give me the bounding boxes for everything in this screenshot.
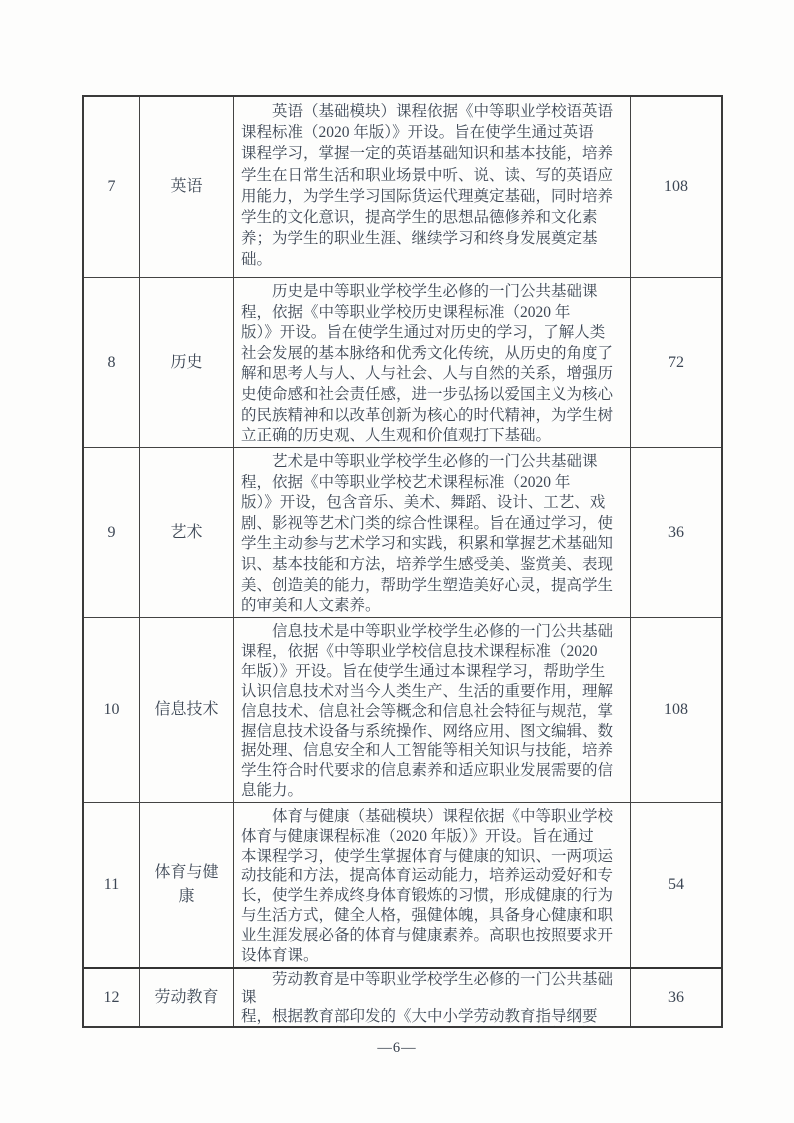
course-description-cell: 劳动教育是中等职业学校学生必修的一门公共基础课 程，根据教育部印发的《大中小学劳… <box>234 969 631 1026</box>
row-number-cell: 7 <box>84 97 140 277</box>
course-description-cell: 体育与健康（基础模块）课程依据《中等职业学校 体育与健康课程标准（2020 年版… <box>234 803 631 967</box>
table-row: 8 历史 历史是中等职业学校学生必修的一门公共基础课 程，依据《中等职业学校历史… <box>84 278 721 448</box>
course-table: 7 英语 英语（基础模块）课程依据《中等职业学校语英语 课程标准（2020 年版… <box>82 95 723 1028</box>
row-number-cell: 10 <box>84 618 140 802</box>
course-hours-cell: 54 <box>631 803 721 967</box>
row-number-cell: 8 <box>84 278 140 447</box>
course-hours-cell: 108 <box>631 618 721 802</box>
course-hours-cell: 36 <box>631 969 721 1026</box>
course-description-cell: 英语（基础模块）课程依据《中等职业学校语英语 课程标准（2020 年版）》开设。… <box>234 97 631 277</box>
table-row: 7 英语 英语（基础模块）课程依据《中等职业学校语英语 课程标准（2020 年版… <box>84 97 721 278</box>
course-description-cell: 信息技术是中等职业学校学生必修的一门公共基础 课程，依据《中等职业学校信息技术课… <box>234 618 631 802</box>
page-number: —6— <box>377 1040 416 1056</box>
course-hours-cell: 36 <box>631 448 721 617</box>
course-name-cell: 艺术 <box>140 448 234 617</box>
course-description-cell: 历史是中等职业学校学生必修的一门公共基础课 程，依据《中等职业学校历史课程标准（… <box>234 278 631 447</box>
document-page: 7 英语 英语（基础模块）课程依据《中等职业学校语英语 课程标准（2020 年版… <box>0 0 794 1123</box>
course-hours-cell: 108 <box>631 97 721 277</box>
course-name-cell: 体育与健康 <box>140 803 234 967</box>
course-name-cell: 历史 <box>140 278 234 447</box>
row-number-cell: 11 <box>84 803 140 967</box>
table-row: 11 体育与健康 体育与健康（基础模块）课程依据《中等职业学校 体育与健康课程标… <box>84 803 721 969</box>
table-row: 9 艺术 艺术是中等职业学校学生必修的一门公共基础课 程，依据《中等职业学校艺术… <box>84 448 721 618</box>
table-row: 12 劳动教育 劳动教育是中等职业学校学生必修的一门公共基础课 程，根据教育部印… <box>84 969 721 1026</box>
row-number-cell: 12 <box>84 969 140 1026</box>
row-number-cell: 9 <box>84 448 140 617</box>
table-row: 10 信息技术 信息技术是中等职业学校学生必修的一门公共基础 课程，依据《中等职… <box>84 618 721 803</box>
course-description-cell: 艺术是中等职业学校学生必修的一门公共基础课 程，依据《中等职业学校艺术课程标准（… <box>234 448 631 617</box>
course-name-cell: 英语 <box>140 97 234 277</box>
course-hours-cell: 72 <box>631 278 721 447</box>
page-footer: —6— <box>0 1040 794 1057</box>
course-name-cell: 信息技术 <box>140 618 234 802</box>
course-name-cell: 劳动教育 <box>140 969 234 1026</box>
